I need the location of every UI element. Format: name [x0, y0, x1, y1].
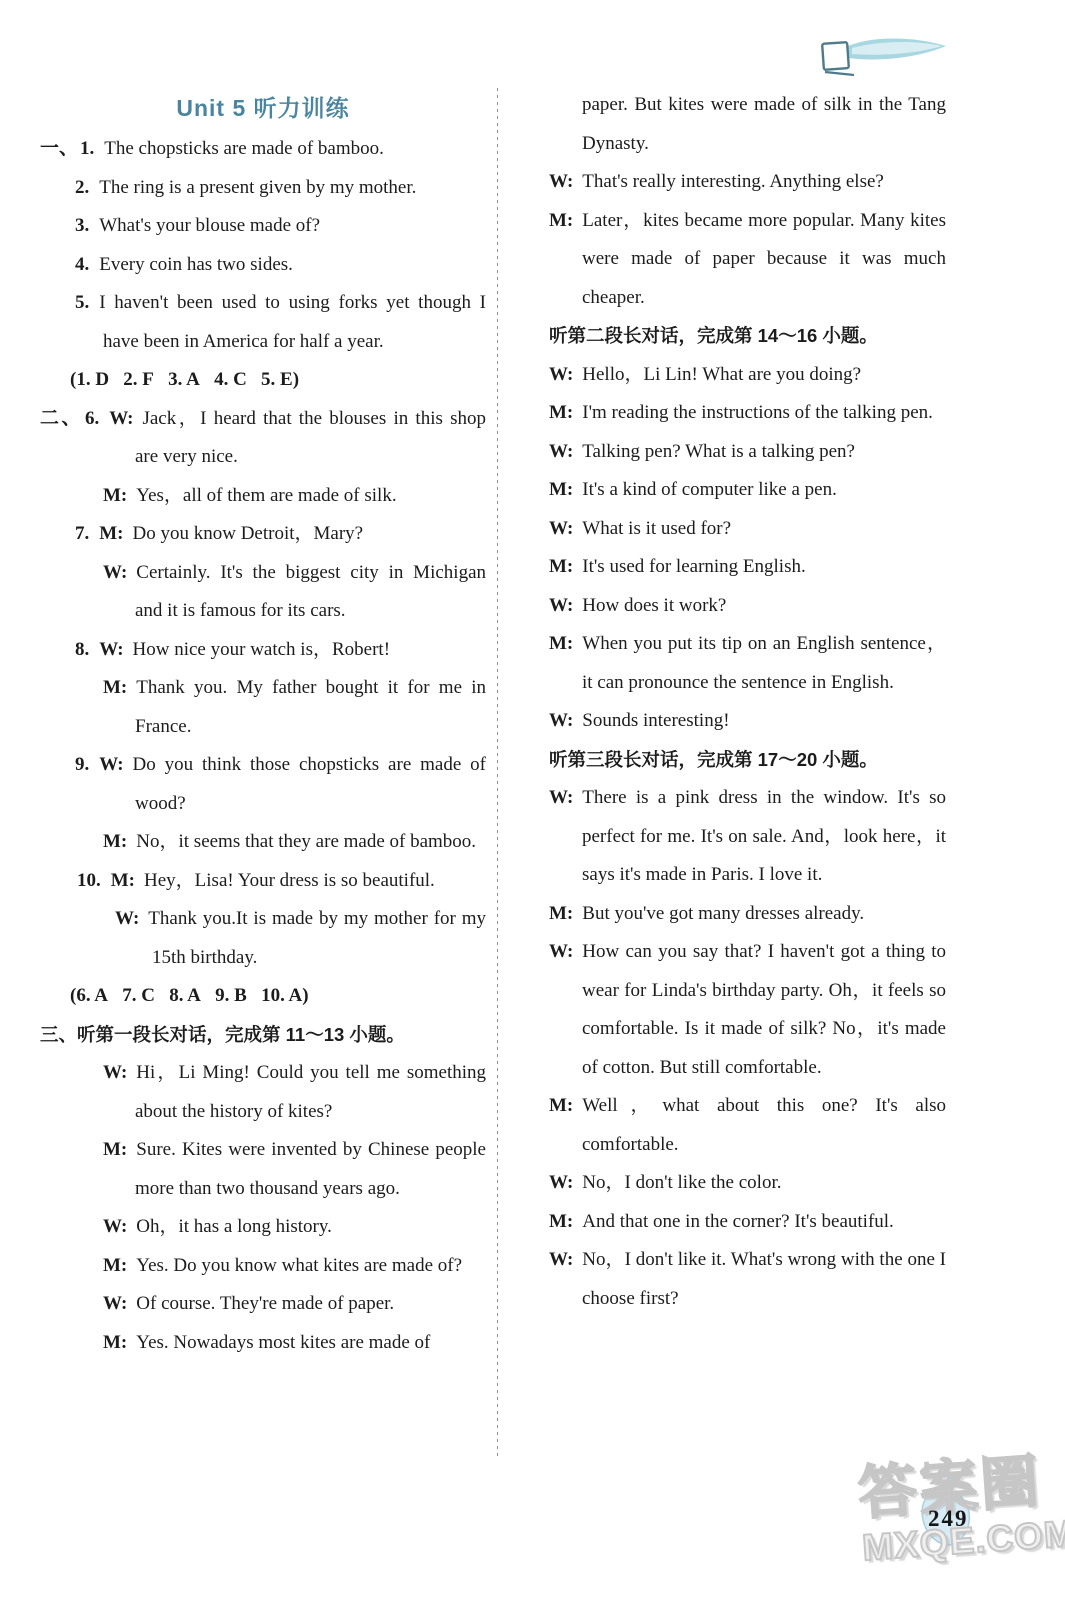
line-text: That's really interesting. Anything else…	[582, 171, 884, 192]
speaker-label: W:	[115, 908, 139, 929]
section-heading: 三、听第一段长对话，完成第 11～13 小题。	[40, 1016, 486, 1055]
line-text: I haven't been used to using forks yet t…	[99, 292, 486, 352]
speaker-label: W:	[549, 710, 573, 731]
line-text: How nice your watch is，Robert!	[133, 639, 391, 660]
line-text: What is it used for?	[582, 518, 731, 539]
line-text: Well，what about this one? It's also comf…	[582, 1095, 946, 1155]
line-text: paper. But kites were made of silk in th…	[582, 94, 946, 154]
transcript-line: M:It's a kind of computer like a pen.	[549, 471, 946, 510]
speaker-label: W:	[549, 171, 573, 192]
speaker-label: M:	[549, 556, 573, 577]
transcript-line: M:Thank you. My father bought it for me …	[40, 669, 486, 746]
transcript-line: M:It's used for learning English.	[549, 548, 946, 587]
line-text: But you've got many dresses already.	[582, 903, 864, 924]
speaker-label: M:	[549, 1095, 573, 1116]
section-marker: 一、	[40, 138, 78, 159]
left-column: Unit 5 听力训练 一、1.The chopsticks are made …	[40, 86, 486, 1362]
line-text: Talking pen? What is a talking pen?	[582, 441, 855, 462]
line-text: No，I don't like it. What's wrong with th…	[582, 1249, 946, 1309]
item-number: 6.	[85, 408, 99, 429]
speaker-label: M:	[103, 1332, 127, 1353]
transcript-line: 2.The ring is a present given by my moth…	[40, 169, 486, 208]
transcript-line: W:Thank you.It is made by my mother for …	[40, 900, 486, 977]
speaker-label: W:	[103, 1216, 127, 1237]
item-number: 10.	[77, 870, 101, 891]
line-text: (6. A 7. C 8. A 9. B 10. A)	[70, 985, 309, 1006]
transcript-line: W:No，I don't like the color.	[549, 1164, 946, 1203]
transcript-line: M:I'm reading the instructions of the ta…	[549, 394, 946, 433]
speaker-label: M:	[549, 1211, 573, 1232]
line-text: 听第二段长对话，完成第 14～16 小题。	[549, 325, 878, 346]
transcript-line: 5.I haven't been used to using forks yet…	[40, 284, 486, 361]
transcript-line: 7.M:Do you know Detroit，Mary?	[40, 515, 486, 554]
line-text: The ring is a present given by my mother…	[99, 177, 416, 198]
line-text: No，I don't like the color.	[582, 1172, 781, 1193]
transcript-line: W:No，I don't like it. What's wrong with …	[549, 1241, 946, 1318]
speaker-label: M:	[103, 677, 127, 698]
line-text: Yes. Nowadays most kites are made of	[136, 1332, 430, 1353]
section-heading: 听第二段长对话，完成第 14～16 小题。	[549, 317, 946, 356]
line-text: No，it seems that they are made of bamboo…	[136, 831, 476, 852]
speaker-label: M:	[103, 1139, 127, 1160]
transcript-line: W:What is it used for?	[549, 510, 946, 549]
speaker-label: M:	[549, 479, 573, 500]
line-text: The chopsticks are made of bamboo.	[104, 138, 384, 159]
speaker-label: W:	[549, 518, 573, 539]
line-text: Every coin has two sides.	[99, 254, 293, 275]
section-heading: 听第三段长对话，完成第 17～20 小题。	[549, 741, 946, 780]
line-text: Thank you.It is made by my mother for my…	[148, 908, 486, 968]
right-column: paper. But kites were made of silk in th…	[549, 86, 946, 1318]
transcript-line: M:Yes. Nowadays most kites are made of	[40, 1324, 486, 1363]
speaker-label: M:	[549, 210, 573, 231]
transcript-line: W:Hi，Li Ming! Could you tell me somethin…	[40, 1054, 486, 1131]
speaker-label: W:	[99, 639, 123, 660]
transcript-line: 二、6.W:Jack，I heard that the blouses in t…	[40, 400, 486, 477]
speaker-label: M:	[549, 633, 573, 654]
speaker-label: W:	[549, 1172, 573, 1193]
speaker-label: M:	[549, 402, 573, 423]
speaker-label: W:	[549, 1249, 573, 1270]
textbook-page: Unit 5 听力训练 一、1.The chopsticks are made …	[0, 0, 1065, 1600]
item-number: 9.	[75, 754, 89, 775]
line-text: Of course. They're made of paper.	[136, 1293, 394, 1314]
speaker-label: M:	[549, 903, 573, 924]
line-text: When you put its tip on an English sente…	[582, 633, 946, 693]
speaker-label: W:	[549, 595, 573, 616]
transcript-line: M:But you've got many dresses already.	[549, 895, 946, 934]
speaker-label: W:	[103, 1062, 127, 1083]
speaker-label: M:	[99, 523, 123, 544]
line-text: Hello，Li Lin! What are you doing?	[582, 364, 861, 385]
transcript-line: M:Yes，all of them are made of silk.	[40, 477, 486, 516]
line-text: Oh，it has a long history.	[136, 1216, 332, 1237]
line-text: Sounds interesting!	[582, 710, 729, 731]
line-text: Later，kites became more popular. Many ki…	[582, 210, 946, 308]
line-text: It's used for learning English.	[582, 556, 805, 577]
line-text: Yes，all of them are made of silk.	[136, 485, 396, 506]
transcript-line: W:That's really interesting. Anything el…	[549, 163, 946, 202]
transcript-line: 8.W:How nice your watch is，Robert!	[40, 631, 486, 670]
speaker-label: W:	[99, 754, 123, 775]
item-number: 8.	[75, 639, 89, 660]
transcript-line: M:And that one in the corner? It's beaut…	[549, 1203, 946, 1242]
answer-key-line: (1. D 2. F 3. A 4. C 5. E)	[40, 361, 486, 400]
book-swoosh-icon	[818, 30, 948, 82]
speaker-label: W:	[109, 408, 133, 429]
line-text: What's your blouse made of?	[99, 215, 320, 236]
item-number: 7.	[75, 523, 89, 544]
transcript-line: W:Hello，Li Lin! What are you doing?	[549, 356, 946, 395]
transcript-line: M:No，it seems that they are made of bamb…	[40, 823, 486, 862]
page-number: 249	[928, 1506, 969, 1532]
transcript-line: M:Later，kites became more popular. Many …	[549, 202, 946, 318]
transcript-line: W:Certainly. It's the biggest city in Mi…	[40, 554, 486, 631]
line-text: Hi，Li Ming! Could you tell me something …	[135, 1062, 486, 1122]
transcript-line: 一、1.The chopsticks are made of bamboo.	[40, 130, 486, 169]
transcript-line: 10.M:Hey，Lisa! Your dress is so beautifu…	[40, 862, 486, 901]
transcript-line: M:When you put its tip on an English sen…	[549, 625, 946, 702]
item-number: 1.	[80, 138, 94, 159]
transcript-line: W:Of course. They're made of paper.	[40, 1285, 486, 1324]
column-divider	[497, 88, 498, 1456]
transcript-line: W:How can you say that? I haven't got a …	[549, 933, 946, 1087]
item-number: 3.	[75, 215, 89, 236]
transcript-line: M:Yes. Do you know what kites are made o…	[40, 1247, 486, 1286]
line-text: Jack，I heard that the blouses in this sh…	[135, 408, 486, 468]
line-text: I'm reading the instructions of the talk…	[582, 402, 933, 423]
page-title: Unit 5 听力训练	[40, 86, 486, 130]
transcript-line: M:Well，what about this one? It's also co…	[549, 1087, 946, 1164]
item-number: 2.	[75, 177, 89, 198]
line-text: (1. D 2. F 3. A 4. C 5. E)	[70, 369, 299, 390]
speaker-label: M:	[111, 870, 135, 891]
transcript-line: 4.Every coin has two sides.	[40, 246, 486, 285]
speaker-label: W:	[103, 1293, 127, 1314]
item-number: 5.	[75, 292, 89, 313]
line-text: Do you know Detroit，Mary?	[133, 523, 364, 544]
line-text: Do you think those chopsticks are made o…	[133, 754, 486, 814]
speaker-label: M:	[103, 485, 127, 506]
speaker-label: W:	[549, 364, 573, 385]
line-text: Certainly. It's the biggest city in Mich…	[135, 562, 486, 622]
speaker-label: W:	[549, 441, 573, 462]
line-text: There is a pink dress in the window. It'…	[582, 787, 946, 885]
line-text: Hey，Lisa! Your dress is so beautiful.	[144, 870, 435, 891]
line-text: How does it work?	[582, 595, 726, 616]
transcript-line: W:Oh，it has a long history.	[40, 1208, 486, 1247]
line-text: Thank you. My father bought it for me in…	[135, 677, 486, 737]
line-text: It's a kind of computer like a pen.	[582, 479, 837, 500]
line-text: How can you say that? I haven't got a th…	[582, 941, 946, 1078]
transcript-line: W:Sounds interesting!	[549, 702, 946, 741]
section-marker: 二、	[40, 408, 83, 429]
speaker-label: M:	[103, 831, 127, 852]
speaker-label: W:	[549, 787, 573, 808]
answer-key-line: (6. A 7. C 8. A 9. B 10. A)	[40, 977, 486, 1016]
transcript-line: 3.What's your blouse made of?	[40, 207, 486, 246]
item-number: 4.	[75, 254, 89, 275]
transcript-line: W:Talking pen? What is a talking pen?	[549, 433, 946, 472]
transcript-line: W:How does it work?	[549, 587, 946, 626]
transcript-line: 9.W:Do you think those chopsticks are ma…	[40, 746, 486, 823]
transcript-line: W:There is a pink dress in the window. I…	[549, 779, 946, 895]
line-text: 听第三段长对话，完成第 17～20 小题。	[549, 749, 878, 770]
line-text: And that one in the corner? It's beautif…	[582, 1211, 894, 1232]
line-text: Yes. Do you know what kites are made of?	[136, 1255, 462, 1276]
line-text: 三、听第一段长对话，完成第 11～13 小题。	[40, 1024, 405, 1045]
speaker-label: W:	[549, 941, 573, 962]
line-text: Sure. Kites were invented by Chinese peo…	[135, 1139, 486, 1199]
transcript-line: paper. But kites were made of silk in th…	[549, 86, 946, 163]
speaker-label: M:	[103, 1255, 127, 1276]
transcript-line: M:Sure. Kites were invented by Chinese p…	[40, 1131, 486, 1208]
speaker-label: W:	[103, 562, 127, 583]
